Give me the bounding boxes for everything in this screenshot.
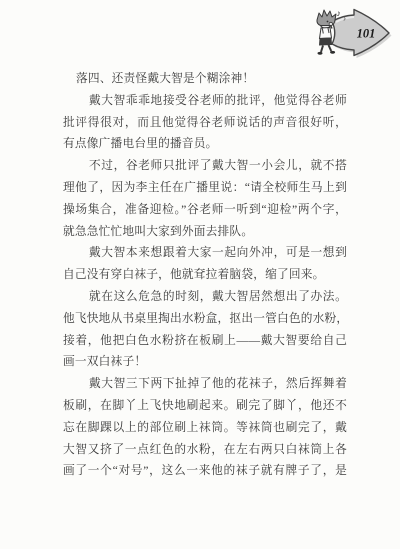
badge-graphic: 101 ♪ ♪	[310, 7, 396, 59]
text-line: 接着，他把白色水粉挤在板刷上——戴大智要给自己	[63, 330, 347, 352]
text-line: 有点像广播电台里的播音员。	[63, 133, 347, 155]
text-line: 就在这么危急的时刻，戴大智居然想出了办法。	[63, 286, 347, 308]
text-line: 不过，谷老师只批评了戴大智一小会儿，就不搭	[63, 155, 347, 177]
text-line: 画一双白袜子！	[63, 351, 347, 373]
svg-text:♪: ♪	[343, 17, 346, 23]
text-line: 批评得很对，而且他觉得谷老师说话的声音很好听，	[63, 112, 347, 134]
text-line: 画了一个“对号”，这么一来他的袜子就有牌子了，是	[63, 460, 347, 482]
text-line: 就急急忙忙地叫大家到外面去排队。	[63, 221, 347, 243]
story-text: 落四、还责怪戴大智是个糊涂神！戴大智乖乖地接受谷老师的批评，他觉得谷老师批评得很…	[63, 68, 347, 482]
page-number: 101	[357, 27, 376, 41]
whistling-boy-icon	[317, 10, 336, 55]
page-arrow-icon: 101	[332, 10, 392, 59]
text-line: 板刷，在脚丫上飞快地刷起来。刷完了脚丫，他还不	[63, 395, 347, 417]
text-line: 大智又挤了一点红色的水粉，在左右两只白袜筒上各	[63, 439, 347, 461]
text-line: 操场集合，准备迎检。”谷老师一听到“迎检”两个字，	[63, 199, 347, 221]
text-line: 戴大智三下两下扯掉了他的花袜子，然后挥舞着	[63, 373, 347, 395]
text-line: 他飞快地从书桌里掏出水粉盒，抠出一管白色的水粉，	[63, 308, 347, 330]
book-page: 101 ♪ ♪ 落四、还责怪戴大智是个糊涂神	[0, 0, 400, 549]
text-line: 自己没有穿白袜子，他就耷拉着脑袋，缩了回来。	[63, 264, 347, 286]
text-line: 理他了，因为李主任在广播里说：“请全校师生马上到	[63, 177, 347, 199]
text-line: 落四、还责怪戴大智是个糊涂神！	[63, 68, 347, 90]
page-number-badge: 101 ♪ ♪	[310, 7, 396, 59]
svg-text:♪: ♪	[337, 8, 341, 18]
text-line: 戴大智乖乖地接受谷老师的批评，他觉得谷老师	[63, 90, 347, 112]
text-line: 戴大智本来想跟着大家一起向外冲，可是一想到	[63, 242, 347, 264]
text-line: 忘在脚踝以上的部位刷上袜筒。等袜筒也刷完了，戴	[63, 417, 347, 439]
